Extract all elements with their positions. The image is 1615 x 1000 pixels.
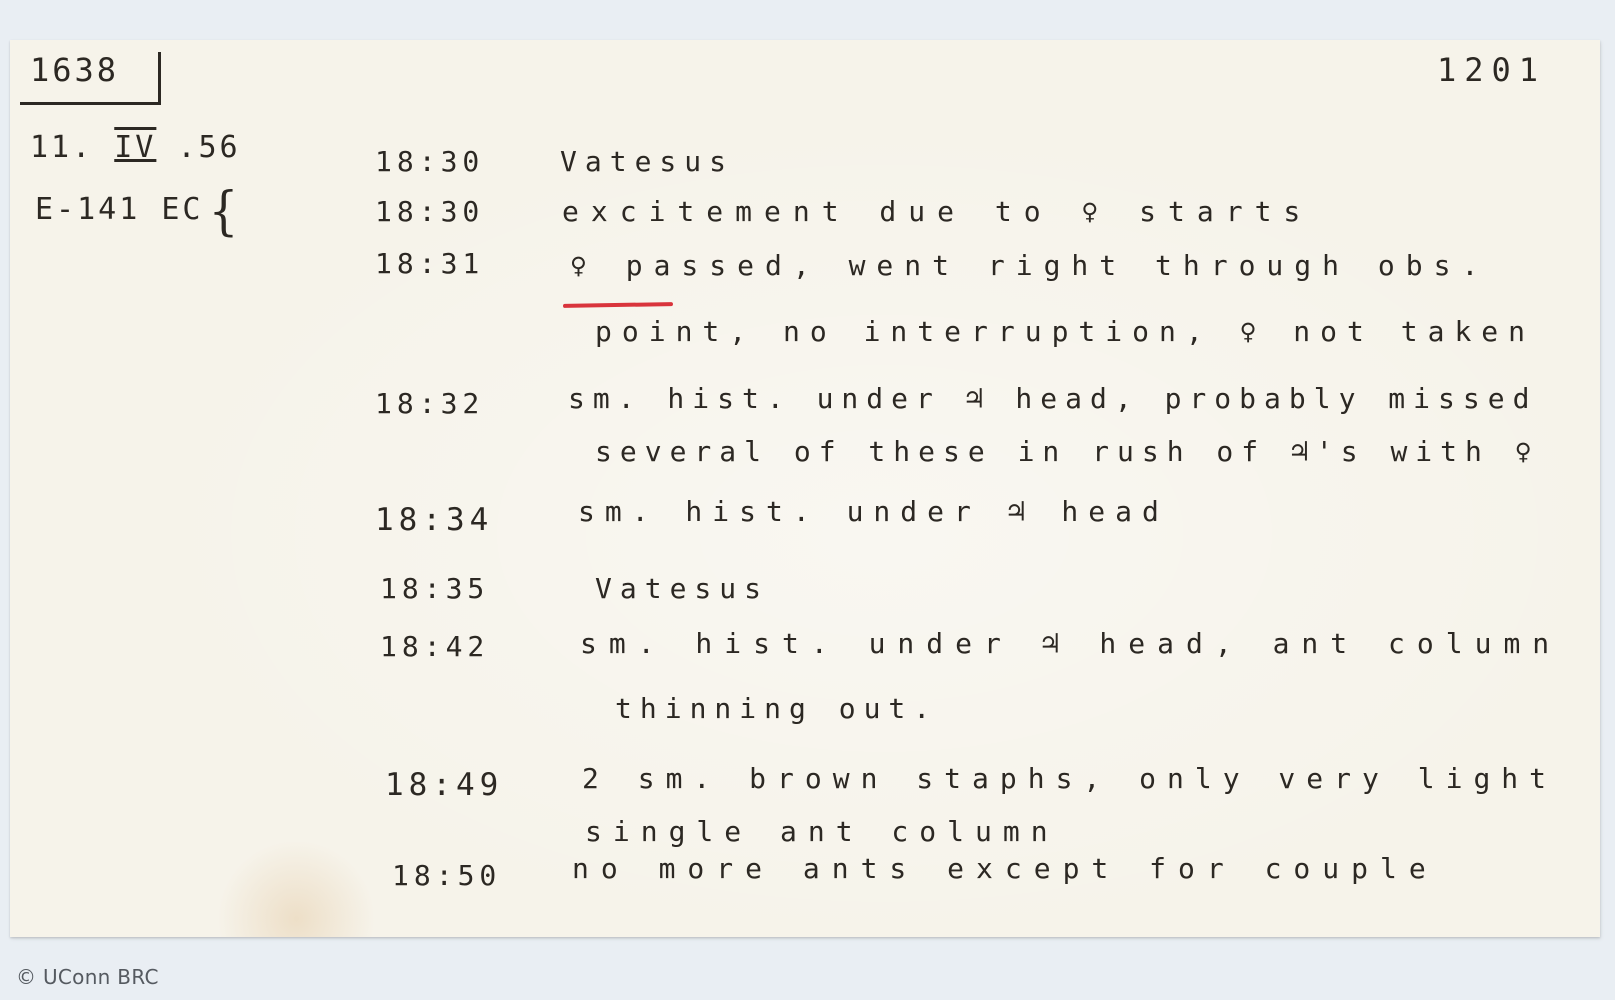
brace-mark-icon: { <box>209 182 239 242</box>
entry-time: 18:42 <box>380 633 489 661</box>
entry-time: 18:34 <box>375 505 493 536</box>
entry-note: sm. hist. under ♃ head <box>578 498 1169 526</box>
date-year: .56 <box>177 130 240 165</box>
date-day: 11. <box>30 130 93 165</box>
field-note-card: 1638 1201 11. IV .56 E-141 EC { 18:30 Va… <box>10 40 1600 937</box>
entry-note: Vatesus <box>595 575 769 603</box>
date: 11. IV .56 <box>30 133 241 163</box>
entry-time: 18:31 <box>375 250 484 278</box>
red-underline-mark <box>563 302 673 308</box>
entry-note: sm. hist. under ♃ head, ant column <box>580 630 1561 658</box>
card-number: 1638 <box>30 54 119 86</box>
entry-time: 18:30 <box>375 198 484 226</box>
entry-note-continued: several of these in rush of ♃'s with ♀ <box>595 438 1540 466</box>
entry-time: 18:50 <box>392 862 501 890</box>
entry-note-continued: point, no interruption, ♀ not taken <box>595 318 1535 346</box>
specimen-label: E-141 EC <box>35 195 204 225</box>
copyright-watermark: © UConn BRC <box>16 965 159 989</box>
entry-time: 18:30 <box>375 148 484 176</box>
entry-note: ♀ passed, went right through obs. <box>570 252 1489 280</box>
entry-time: 18:32 <box>375 390 484 418</box>
entry-note: sm. hist. under ♃ head, probably missed <box>568 385 1537 413</box>
entry-note: excitement due to ♀ starts <box>562 198 1312 226</box>
entry-note: 2 sm. brown staphs, only very light <box>582 765 1557 793</box>
entry-time: 18:35 <box>380 575 489 603</box>
entry-time: 18:49 <box>385 770 503 801</box>
date-month: IV <box>114 130 156 165</box>
entry-note: Vatesus <box>560 148 734 176</box>
page-number: 1201 <box>1437 54 1546 86</box>
entry-note-continued: single ant column <box>585 818 1059 846</box>
entry-note: no more ants except for couple <box>572 855 1438 883</box>
entry-note-continued: thinning out. <box>615 695 938 723</box>
